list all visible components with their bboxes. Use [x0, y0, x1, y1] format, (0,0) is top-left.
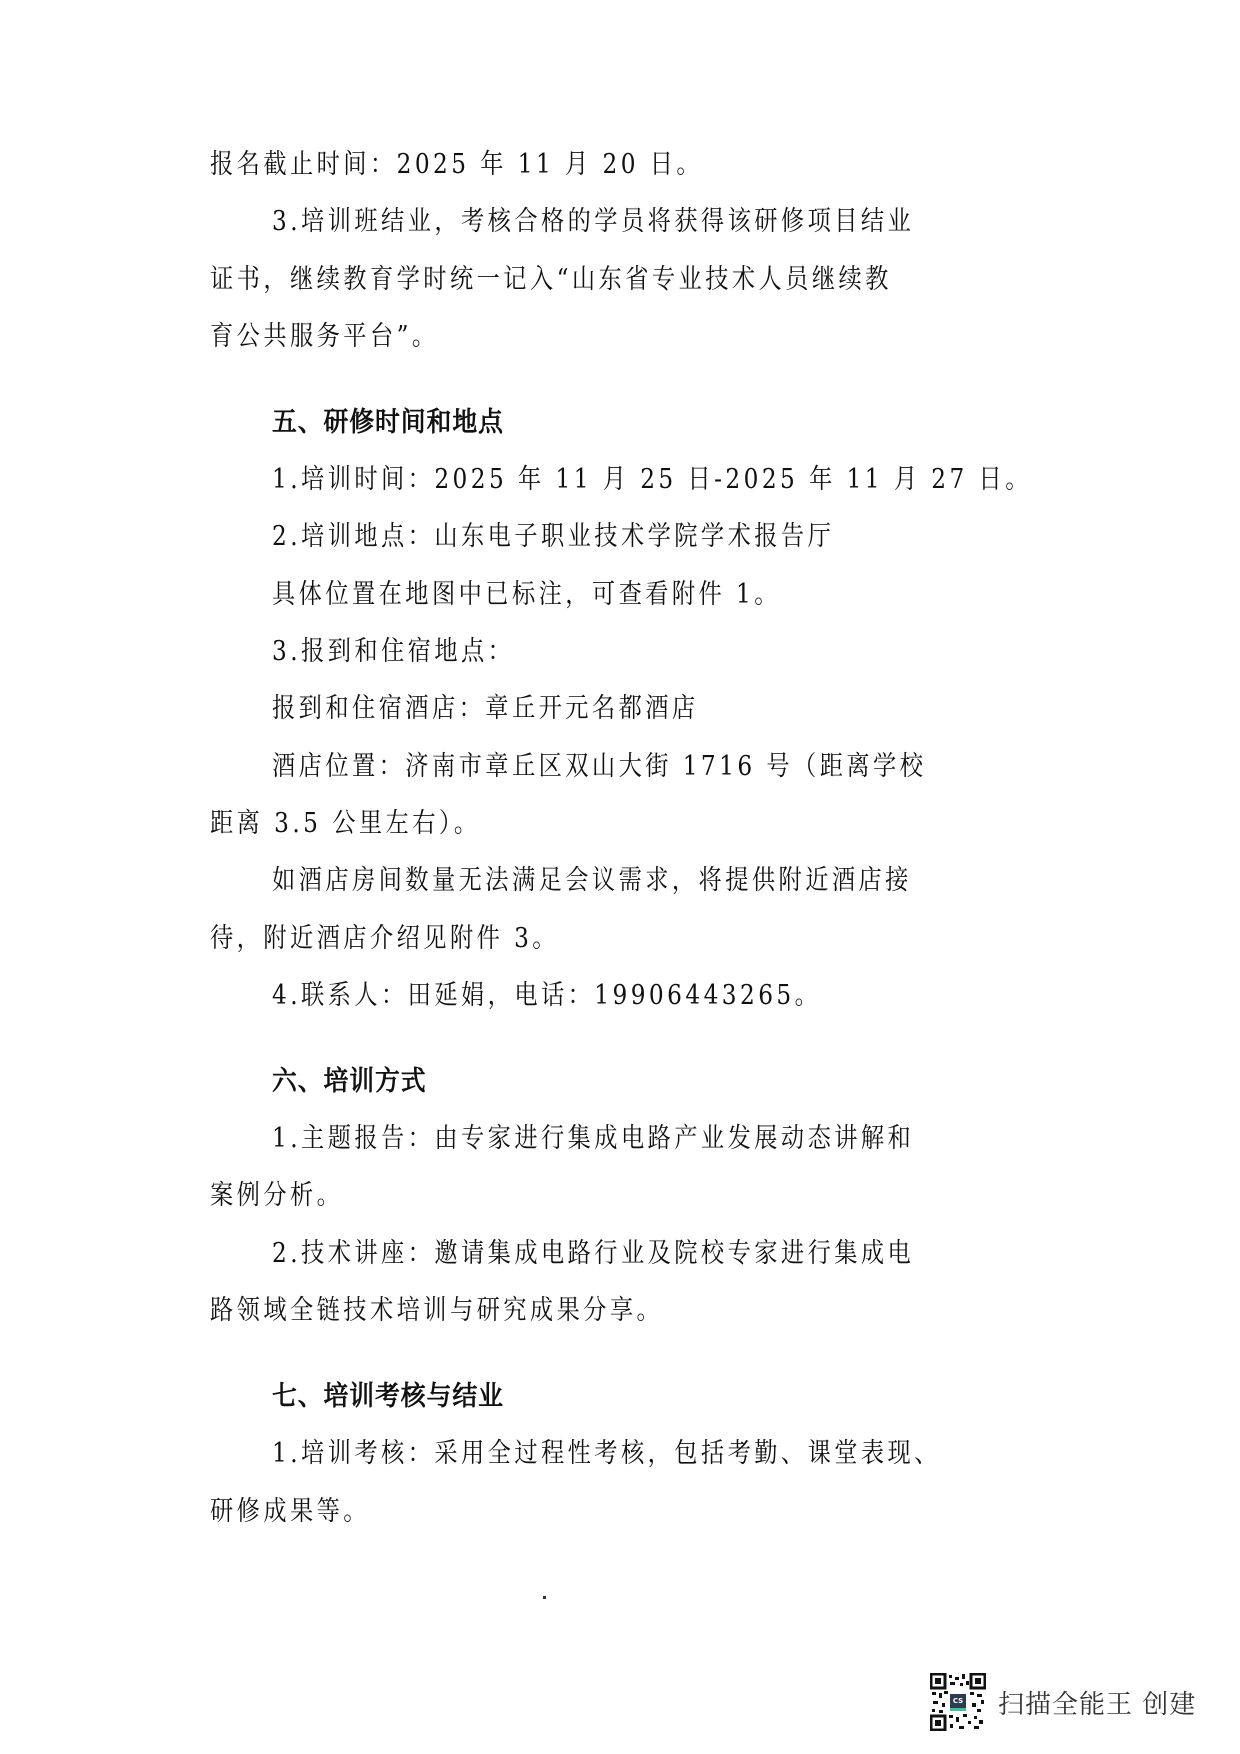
paragraph-line: 案例分析。: [210, 1176, 343, 1216]
paragraph-line: 4.联系人：田延娟，电话：19906443265。: [272, 976, 821, 1016]
paragraph-line: 路领域全链技术培训与研究成果分享。: [210, 1291, 663, 1331]
scanner-watermark: CS 扫描全能王 创建: [930, 1673, 1196, 1731]
paragraph-line: 如酒店房间数量无法满足会议需求，将提供附近酒店接: [272, 861, 912, 901]
paragraph-line: 2.培训地点：山东电子职业技术学院学术报告厅: [272, 517, 834, 557]
paragraph-line: 报名截止时间：2025 年 11 月 20 日。: [210, 145, 703, 185]
paragraph-line: 2.技术讲座：邀请集成电路行业及院校专家进行集成电: [272, 1234, 914, 1274]
paragraph-line: 3.培训班结业，考核合格的学员将获得该研修项目结业: [272, 202, 914, 242]
paragraph-line: 1.培训考核：采用全过程性考核，包括考勤、课堂表现、: [272, 1434, 941, 1474]
paragraph-line: 待，附近酒店介绍见附件 3。: [210, 919, 559, 959]
paragraph-line: 酒店位置：济南市章丘区双山大街 1716 号（距离学校: [272, 747, 926, 787]
paragraph-line: 育公共服务平台”。: [210, 317, 439, 357]
paragraph-line: 3.报到和住宿地点：: [272, 632, 514, 672]
section-heading: 五、研修时间和地点: [272, 403, 504, 443]
page-dot-mark: [543, 1596, 546, 1599]
paragraph-line: 具体位置在地图中已标注，可查看附件 1。: [272, 575, 781, 615]
paragraph-line: 证书，继续教育学时统一记入“山东省专业技术人员继续教: [210, 260, 892, 300]
paragraph-line: 1.主题报告：由专家进行集成电路产业发展动态讲解和: [272, 1119, 914, 1159]
section-heading: 七、培训考核与结业: [272, 1377, 504, 1417]
camscanner-logo-icon: CS: [950, 1694, 966, 1711]
qr-code-icon: CS: [930, 1673, 986, 1731]
paragraph-line: 距离 3.5 公里左右）。: [210, 804, 481, 844]
paragraph-line: 报到和住宿酒店：章丘开元名都酒店: [272, 689, 699, 729]
paragraph-line: 研修成果等。: [210, 1492, 370, 1532]
watermark-text: 扫描全能王 创建: [998, 1684, 1196, 1721]
paragraph-line: 1.培训时间：2025 年 11 月 25 日-2025 年 11 月 27 日…: [272, 460, 1032, 500]
section-heading: 六、培训方式: [272, 1062, 427, 1102]
document-page: 报名截止时间：2025 年 11 月 20 日。3.培训班结业，考核合格的学员将…: [0, 0, 1240, 1754]
